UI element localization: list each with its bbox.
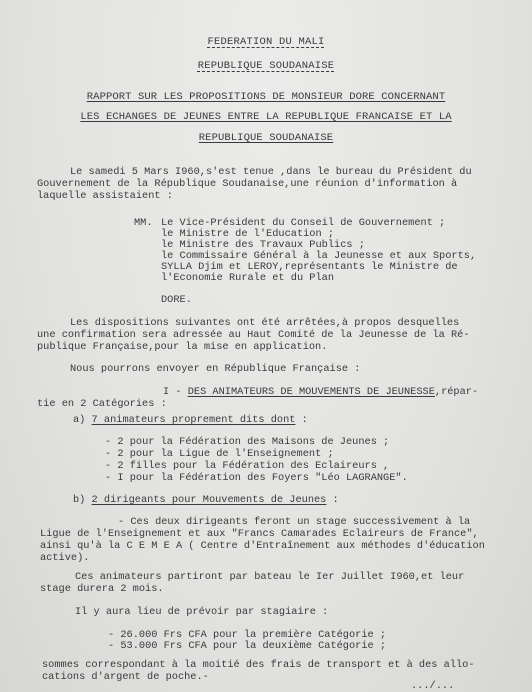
intro-line2: Gouvernement de la République Soudanaise…: [37, 179, 457, 190]
dispositions-line2: une confirmation sera adressée au Haut C…: [37, 330, 470, 341]
part-b-heading: b) 2 dirigeants pour Mouvements de Jeune…: [73, 495, 339, 506]
section1-heading: I - DES ANIMATEURS DE MOUVEMENTS DE JEUN…: [163, 387, 478, 398]
part-b-line3: ainsi qu'à la C E M E A ( Centre d'Entra…: [40, 541, 485, 552]
intro-line1: Le samedi 5 Mars I960,s'est tenue ,dans …: [70, 167, 472, 178]
part-a-item: - 2 filles pour la Fédération des Eclair…: [105, 461, 389, 472]
dispositions-line1: Les dispositions suivantes ont été arrêt…: [70, 318, 459, 329]
part-a-title: 7 animateurs proprement dits dont: [92, 414, 296, 426]
part-a-item: - 2 pour la Fédération des Maisons de Je…: [105, 437, 389, 448]
part-b-line2: Ligue de l'Enseignement et aux "Francs C…: [40, 529, 479, 540]
envoyer-line: Nous pourrons envoyer en République Fran…: [70, 364, 360, 375]
part-a-heading: a) 7 animateurs proprement dits dont :: [73, 415, 308, 426]
sommes-line1: sommes correspondant à la moitié des fra…: [42, 660, 475, 671]
part-b-line4: active).: [40, 553, 89, 564]
attendee-item: l'Economie Rurale et du Plan: [161, 273, 334, 284]
dispositions-line3: publique Française,pour la mise en appli…: [37, 342, 327, 353]
part-a-item: - 2 pour la Ligue de l'Enseignement ;: [105, 449, 334, 460]
attendees-prefix: MM.: [134, 218, 153, 229]
document-page: FEDERATION DU MALI REPUBLIQUE SOUDANAISE…: [0, 0, 532, 692]
sommes-line2: cations d'argent de poche.-: [42, 672, 209, 683]
report-title-line1: RAPPORT SUR LES PROPOSITIONS DE MONSIEUR…: [0, 92, 532, 103]
attendee-item: DORE.: [161, 295, 192, 306]
part-a-item: - I pour la Fédération des Foyers "Léo L…: [105, 473, 408, 484]
report-title-line3: REPUBLIQUE SOUDANAISE: [0, 133, 532, 144]
depart-line2: stage durera 2 mois.: [40, 584, 164, 595]
part-b-title: 2 dirigeants pour Mouvements de Jeunes: [92, 494, 327, 506]
part-b-line1: - Ces deux dirigeants feront un stage su…: [118, 517, 470, 528]
header-republique: REPUBLIQUE SOUDANAISE: [0, 61, 532, 72]
prevoir-line: Il y aura lieu de prévoir par stagiaire …: [75, 607, 328, 618]
header-federation: FEDERATION DU MALI: [0, 37, 532, 48]
section1-continuation: tie en 2 Catégories :: [37, 399, 167, 410]
continuation-mark: .../...: [411, 681, 454, 692]
intro-line3: laquelle assistaient :: [37, 191, 173, 202]
report-title-line2: LES ECHANGES DE JEUNES ENTRE LA REPUBLIQ…: [0, 112, 532, 123]
depart-line1: Ces animateurs partiront par bateau le I…: [75, 572, 464, 583]
amount-item: - 53.000 Frs CFA pour la deuxième Catégo…: [108, 641, 386, 652]
section1-title: DES ANIMATEURS DE MOUVEMENTS DE JEUNESSE: [188, 386, 435, 398]
